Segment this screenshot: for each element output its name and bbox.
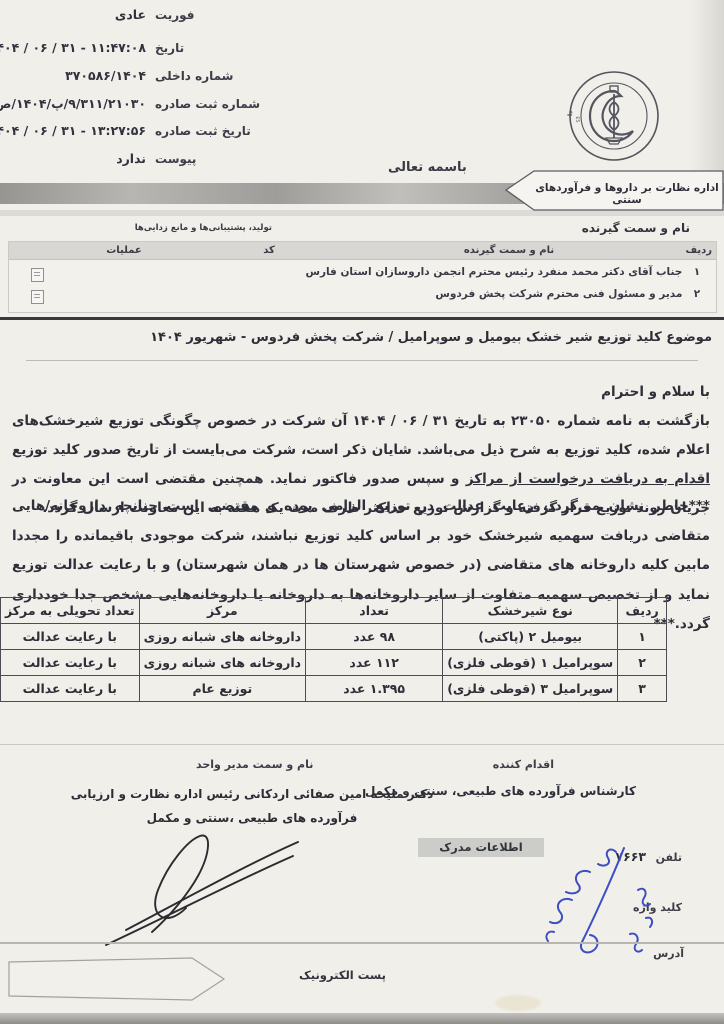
actor-label: اقدام کننده	[493, 758, 554, 771]
email-label: پست الکترونیک	[299, 968, 386, 982]
meta-label-attachment: پیوست	[155, 152, 196, 166]
distribution-table: ردیف نوع شیرخشک تعداد مرکز تعداد تحویلی …	[0, 597, 667, 702]
col-header-delivery: تعداد تحویلی به مرکز	[1, 598, 140, 624]
paper-stain	[495, 995, 541, 1011]
meta-value-issue-date: ۱۴۰۴ / ۰۶ / ۳۱ - ۱۳:۲۷:۵۶	[0, 123, 146, 138]
cell-row-no: ۳	[618, 676, 667, 702]
heavy-divider	[0, 317, 724, 320]
address-label: آدرس	[653, 947, 684, 960]
handwritten-note-ink	[520, 838, 665, 963]
recipients-col-row: ردیف	[674, 245, 716, 256]
university-seal-icon: دانشگاه علوم پزشکی و خدمات بهداشتی درمان…	[556, 58, 672, 174]
recipients-table: ردیف نام و سمت گیرنده کد عملیات ۱ جناب آ…	[8, 241, 717, 313]
meta-label-date: تاریخ	[155, 41, 184, 55]
besmele-text: باسمه تعالی	[388, 160, 467, 175]
subject-line: موضوع کلید توزیع شیر خشک بیومیل و سوپرام…	[12, 330, 712, 345]
recipient-row-number: ۲	[686, 288, 708, 300]
meta-label-urgency: فوریت	[155, 8, 195, 22]
distribution-table-row: ۲ سوپرامیل ۱ (قوطی فلزی) ۱۱۲ عدد داروخان…	[1, 650, 667, 676]
year-slogan: تولید، پشتیبانی‌ها و مانع زدایی‌ها	[186, 223, 272, 233]
recipient-row-name: جناب آقای دکتر محمد منفرد رئیس محترم انج…	[305, 266, 682, 278]
recipient-action-checkbox-icon	[31, 268, 44, 282]
col-header-row: ردیف	[618, 598, 667, 624]
cell-center: توزیع عام	[139, 676, 306, 702]
recipients-col-actions: عملیات	[54, 245, 194, 256]
meta-value-attachment: ندارد	[116, 151, 146, 166]
distribution-table-row: ۳ سوپرامیل ۳ (قوطی فلزی) ۱.۳۹۵ عدد توزیع…	[1, 676, 667, 702]
meta-value-internal-no: ۳۷۰۵۸۶/۱۴۰۴	[65, 68, 146, 83]
department-banner-label: اداره نظارت بر داروها و فرآوردهای سنتی	[533, 182, 721, 206]
meta-value-issue-no: ص/۱۴۰۴/پ/۹/۳۱۱/۲۱۰۳۰	[0, 96, 146, 111]
cell-qty: ۹۸ عدد	[306, 624, 443, 650]
cell-delivery: با رعایت عدالت	[1, 676, 140, 702]
recipient-row-name: مدیر و مسئول فنی محترم شرکت پخش فردوس	[435, 288, 682, 300]
cell-type: بیومیل ۲ (پاکتی)	[443, 624, 618, 650]
bottom-pennant-shape	[6, 954, 256, 1004]
recipient-action-checkbox-icon	[31, 290, 44, 304]
distribution-table-header-row: ردیف نوع شیرخشک تعداد مرکز تعداد تحویلی …	[1, 598, 667, 624]
meta-label-internal-no: شماره داخلی	[155, 69, 233, 83]
paragraph1-underlined-phrase: اقدام به دریافت درخواست از مراکز	[466, 471, 710, 487]
thin-divider	[26, 360, 698, 361]
cell-type: سوپرامیل ۱ (قوطی فلزی)	[443, 650, 618, 676]
meta-label-issue-no: شماره ثبت صادره	[155, 97, 260, 111]
recipient-row: ۱ جناب آقای دکتر محمد منفرد رئیس محترم ا…	[305, 266, 708, 278]
recipients-col-name: نام و سمت گیرنده	[344, 245, 674, 256]
paragraph1-text-before: بازگشت به نامه شماره ۲۳۰۵۰ به تاریخ ۳۱ /…	[12, 413, 710, 458]
meta-label-issue-date: تاریخ ثبت صادره	[155, 124, 251, 138]
meta-value-urgency: عادی	[115, 7, 146, 22]
meta-value-date: ۱۴۰۴ / ۰۶ / ۳۱ - ۱۱:۴۷:۰۸	[0, 40, 146, 55]
bottom-divider	[0, 942, 724, 944]
col-header-center: مرکز	[139, 598, 306, 624]
col-header-type: نوع شیرخشک	[443, 598, 618, 624]
cell-delivery: با رعایت عدالت	[1, 650, 140, 676]
cell-qty: ۱۱۲ عدد	[306, 650, 443, 676]
seal-crescent	[590, 91, 633, 141]
cell-qty: ۱.۳۹۵ عدد	[306, 676, 443, 702]
cell-center: داروخانه های شبانه روزی	[139, 624, 306, 650]
scanned-letter-page: فوریت عادی تاریخ ۱۴۰۴ / ۰۶ / ۳۱ - ۱۱:۴۷:…	[0, 0, 724, 1024]
cell-type: سوپرامیل ۳ (قوطی فلزی)	[443, 676, 618, 702]
salutation: با سلام و احترام	[12, 378, 710, 407]
cell-center: داروخانه های شبانه روزی	[139, 650, 306, 676]
recipients-col-code: کد	[194, 245, 344, 256]
footer-divider	[0, 744, 724, 745]
manager-label: نام و سمت مدیر واحد	[196, 758, 313, 771]
recipients-table-header: ردیف نام و سمت گیرنده کد عملیات	[9, 242, 716, 260]
scan-shade	[690, 0, 724, 185]
scan-edge-strip	[0, 1013, 724, 1024]
cell-row-no: ۲	[618, 650, 667, 676]
distribution-table-row: ۱ بیومیل ۲ (پاکتی) ۹۸ عدد داروخانه های ش…	[1, 624, 667, 650]
recipients-section-label: نام و سمت گیرنده	[582, 221, 690, 235]
col-header-qty: تعداد	[306, 598, 443, 624]
recipient-row-number: ۱	[686, 266, 708, 278]
cell-delivery: با رعایت عدالت	[1, 624, 140, 650]
signature-ink	[88, 812, 318, 962]
recipient-row: ۲ مدیر و مسئول فنی محترم شرکت پخش فردوس	[435, 288, 708, 300]
cell-row-no: ۱	[618, 624, 667, 650]
